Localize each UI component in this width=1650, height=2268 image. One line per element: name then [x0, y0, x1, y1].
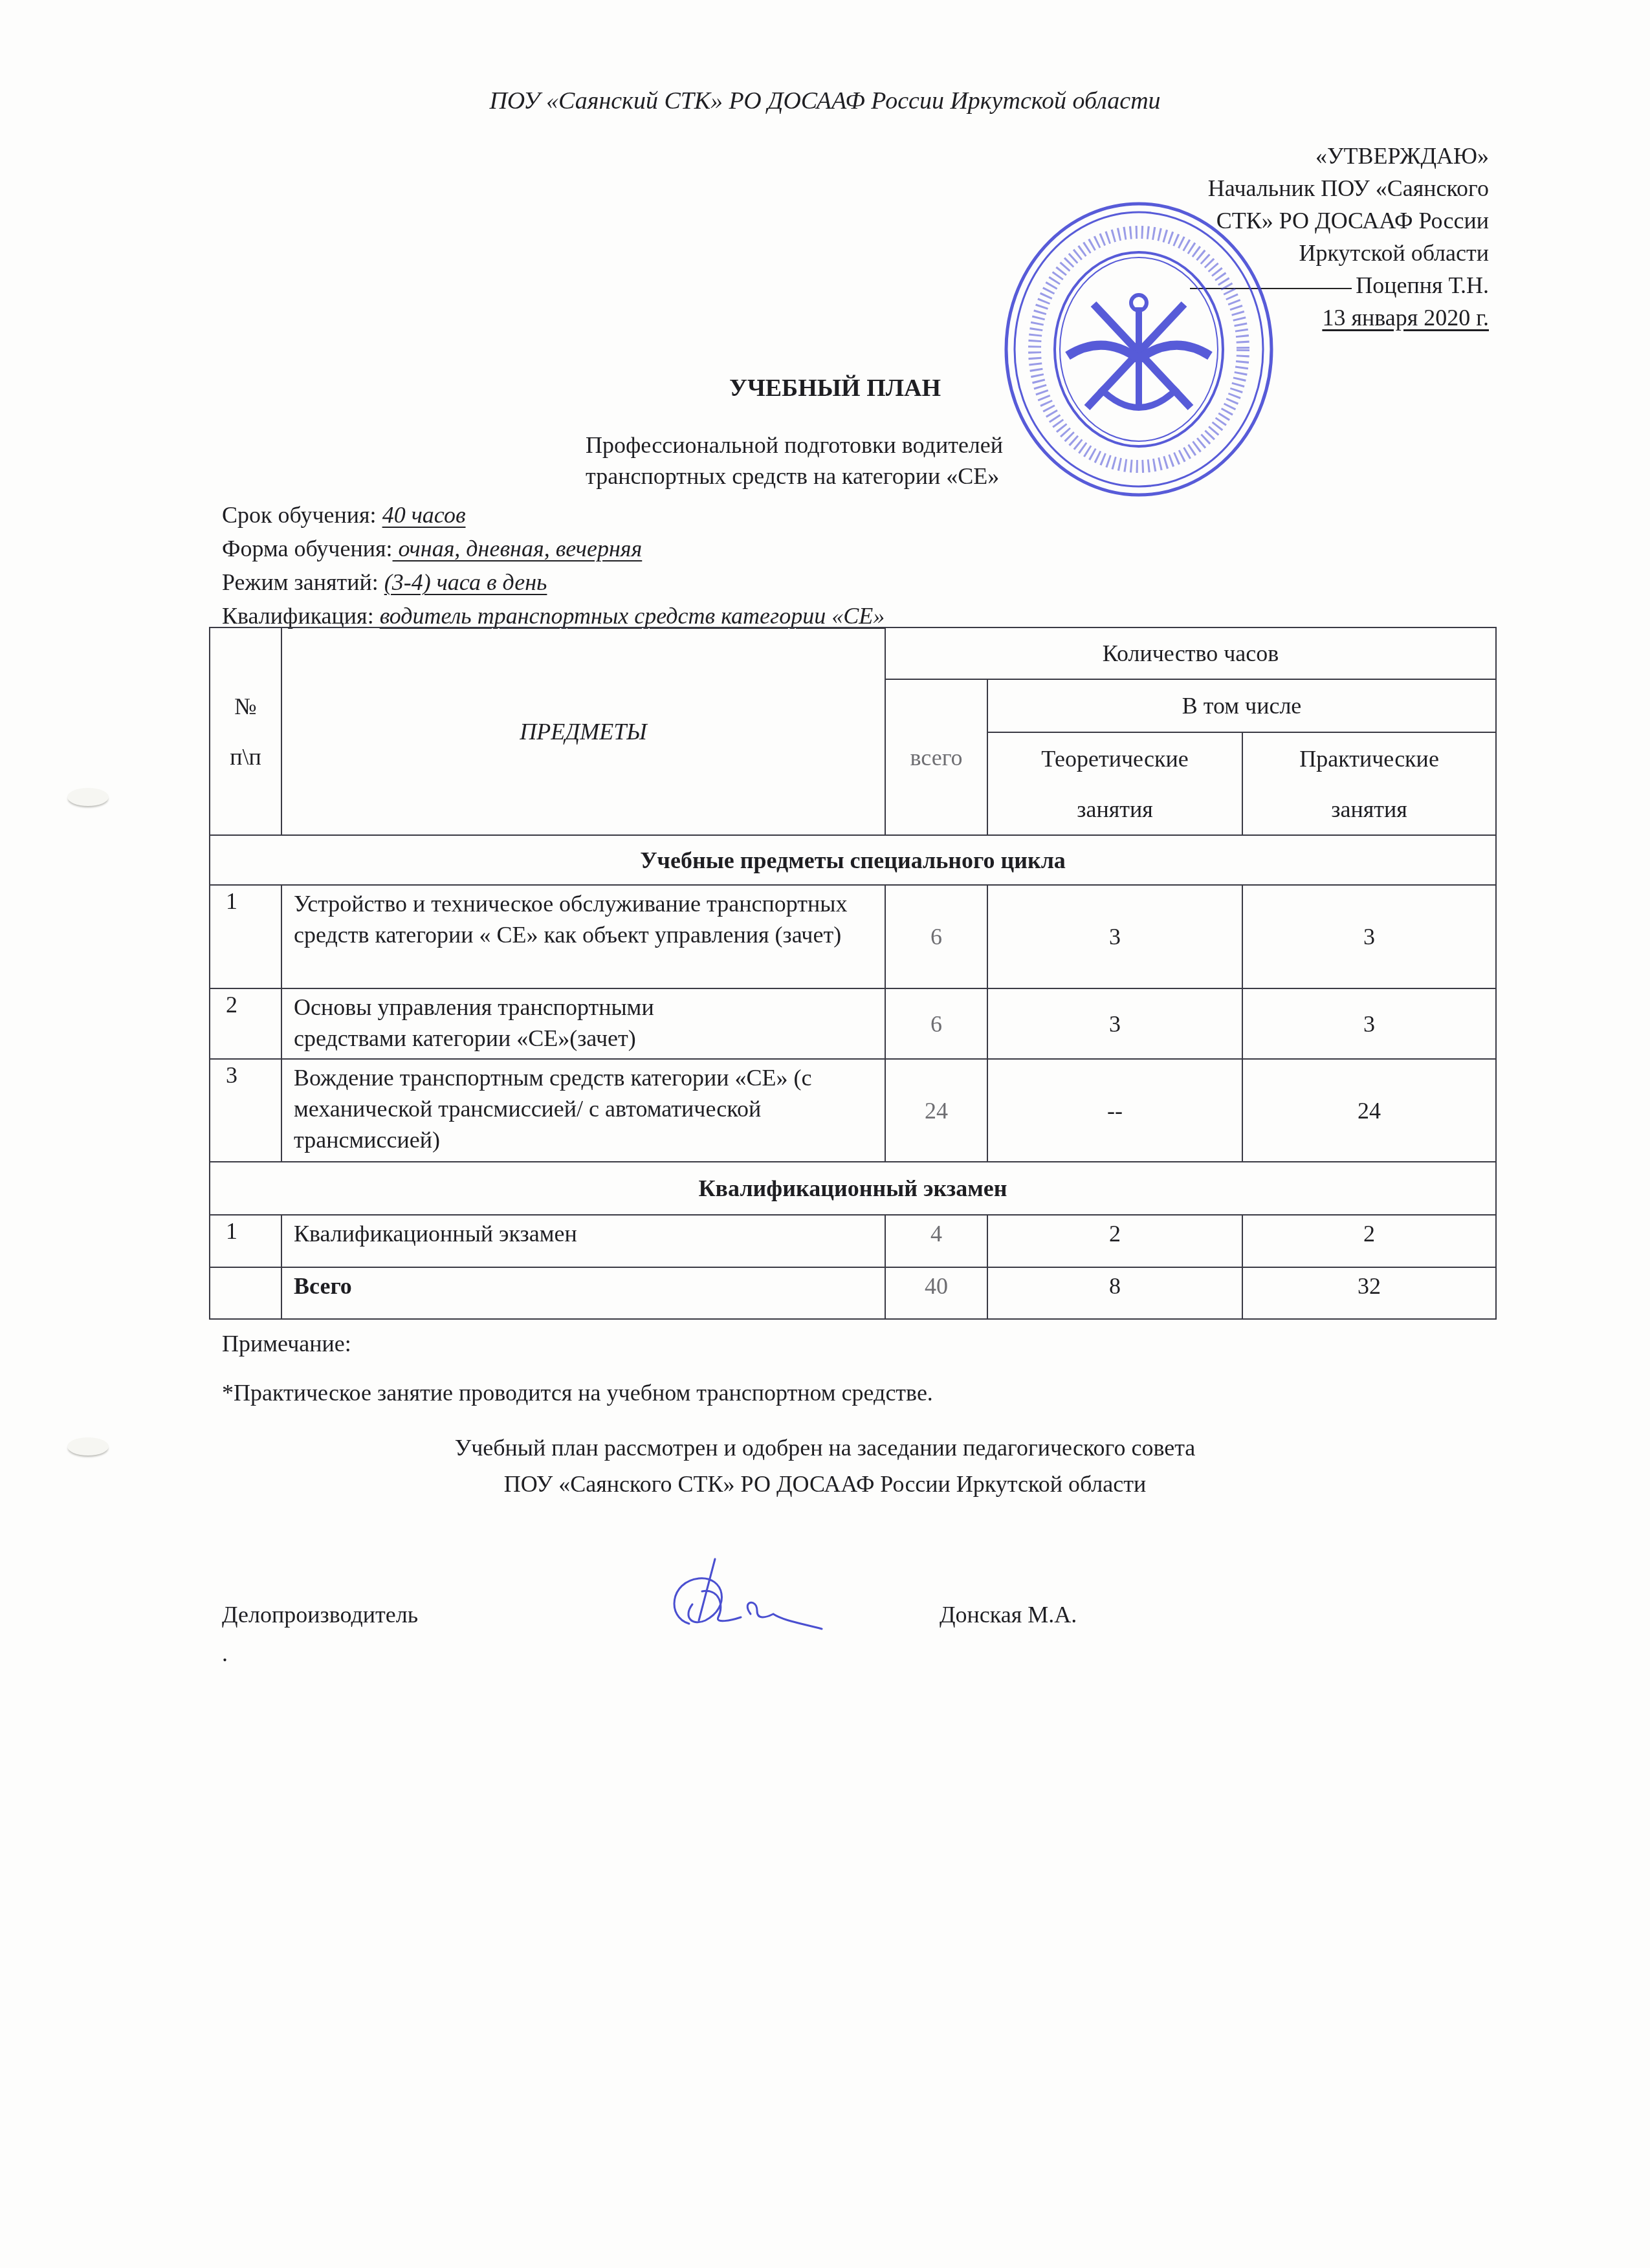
row-theory: 3	[987, 988, 1242, 1059]
clerk-name: Донская М.А.	[940, 1601, 1077, 1628]
row-subject: Устройство и техническое обслуживание тр…	[281, 885, 885, 988]
row-number: 1	[210, 1215, 281, 1267]
header-subjects: ПРЕДМЕТЫ	[281, 627, 885, 835]
header-theory-line: Теоретические	[988, 743, 1242, 774]
total-practice: 32	[1242, 1267, 1496, 1319]
header-number-line: №	[210, 691, 281, 722]
approval-statement: Учебный план рассмотрен и одобрен на зас…	[0, 1430, 1650, 1502]
punch-hole-top	[67, 788, 109, 806]
note-label: Примечание:	[222, 1330, 351, 1357]
row-subject: Квалификационный экзамен	[281, 1215, 885, 1267]
info-value: (3-4) часа в день	[384, 569, 547, 595]
total-label: Всего	[281, 1267, 885, 1319]
row-total: 24	[885, 1059, 987, 1162]
document-subtitle: Профессиональной подготовки водителей тр…	[586, 430, 1003, 492]
row-number: 2	[210, 988, 281, 1059]
row-theory: --	[987, 1059, 1242, 1162]
table-row: 2 Основы управления транспортными средст…	[210, 988, 1496, 1059]
header-hours: Количество часов	[885, 627, 1496, 679]
section-title: Учебные предметы специального цикла	[210, 835, 1496, 885]
curriculum-table: №п\п ПРЕДМЕТЫ Количество часов всего В т…	[209, 627, 1497, 1320]
row-practice: 24	[1242, 1059, 1496, 1162]
info-value: 40 часов	[382, 502, 466, 528]
section-row: Учебные предметы специального цикла	[210, 835, 1496, 885]
info-duration: Срок обучения: 40 часов	[222, 498, 885, 532]
header-practice-line: занятия	[1243, 794, 1495, 825]
row-subject: Вождение транспортным средств категории …	[281, 1059, 885, 1162]
header-including: В том числе	[987, 679, 1496, 732]
info-label: Срок обучения:	[222, 502, 382, 528]
approval-line: «УТВЕРЖДАЮ»	[1190, 140, 1489, 172]
trailing-mark: .	[222, 1640, 228, 1667]
total-hours: 40	[885, 1267, 987, 1319]
row-total: 6	[885, 885, 987, 988]
organization-header: ПОУ «Саянский СТК» РО ДОСААФ России Ирку…	[0, 87, 1650, 115]
row-practice: 2	[1242, 1215, 1496, 1267]
info-value: водитель транспортных средств категории …	[380, 603, 885, 629]
row-total: 6	[885, 988, 987, 1059]
info-label: Квалификация:	[222, 603, 380, 629]
total-theory: 8	[987, 1267, 1242, 1319]
section-title: Квалификационный экзамен	[210, 1162, 1496, 1215]
subtitle-line: транспортных средств на категории «СЕ»	[586, 461, 1003, 492]
signature-icon	[654, 1553, 828, 1637]
info-form: Форма обучения: очная, дневная, вечерняя	[222, 532, 885, 565]
program-info: Срок обучения: 40 часов Форма обучения: …	[222, 498, 885, 633]
info-label: Режим занятий:	[222, 569, 384, 595]
row-theory: 3	[987, 885, 1242, 988]
approval-statement-line: Учебный план рассмотрен и одобрен на зас…	[0, 1430, 1650, 1466]
header-number: №п\п	[210, 627, 281, 835]
header-total: всего	[885, 679, 987, 835]
subtitle-line: Профессиональной подготовки водителей	[586, 430, 1003, 461]
info-value: очная, дневная, вечерняя	[393, 536, 643, 562]
row-practice: 3	[1242, 885, 1496, 988]
header-theory-line: занятия	[988, 794, 1242, 825]
total-row: Всего 40 8 32	[210, 1267, 1496, 1319]
row-number: 1	[210, 885, 281, 988]
row-practice: 3	[1242, 988, 1496, 1059]
row-subject: Основы управления транспортными средства…	[281, 988, 885, 1059]
info-label: Форма обучения:	[222, 536, 393, 562]
official-stamp-icon	[996, 194, 1281, 505]
table-header-row: №п\п ПРЕДМЕТЫ Количество часов	[210, 627, 1496, 679]
approver-name: Поцепня Т.Н.	[1356, 272, 1489, 298]
info-schedule: Режим занятий: (3-4) часа в день	[222, 565, 885, 599]
row-total: 4	[885, 1215, 987, 1267]
table-row: 3 Вождение транспортным средств категори…	[210, 1059, 1496, 1162]
row-theory: 2	[987, 1215, 1242, 1267]
row-number: 3	[210, 1059, 281, 1162]
header-practice: Практическиезанятия	[1242, 732, 1496, 835]
header-theory: Теоретическиезанятия	[987, 732, 1242, 835]
section-row: Квалификационный экзамен	[210, 1162, 1496, 1215]
document-title: УЧЕБНЫЙ ПЛАН	[729, 374, 941, 402]
header-number-line: п\п	[210, 741, 281, 772]
clerk-role: Делопроизводитель	[222, 1601, 418, 1628]
note-text: *Практическое занятие проводится на учеб…	[222, 1379, 933, 1406]
table-row: 1 Устройство и техническое обслуживание …	[210, 885, 1496, 988]
table-row: 1 Квалификационный экзамен 4 2 2	[210, 1215, 1496, 1267]
row-number	[210, 1267, 281, 1319]
header-practice-line: Практические	[1243, 743, 1495, 774]
approval-statement-line: ПОУ «Саянского СТК» РО ДОСААФ России Ирк…	[0, 1466, 1650, 1502]
